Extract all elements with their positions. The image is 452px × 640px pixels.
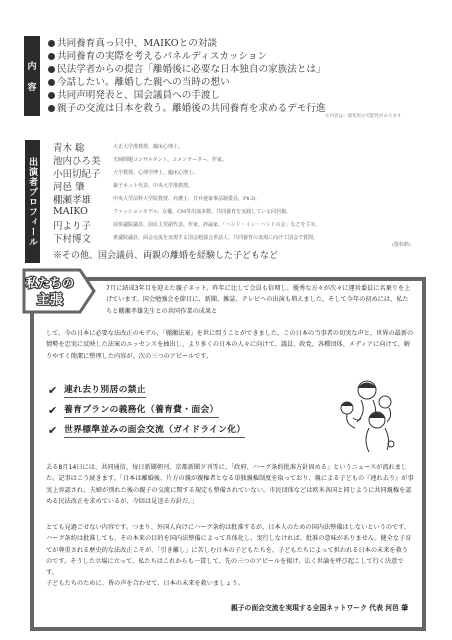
label-char: 内 [27,59,36,72]
profile-row: 河邑 肇親子ネット代表、中央大学准教授。 [53,179,321,192]
appeal-item: ✔養育プランの義務化（養育費・面会） [48,400,245,420]
profile-name: 円より子 [53,218,113,232]
profile-desc: 大学教授、心理学博士、臨床心理士。 [113,169,198,176]
profile-list: 青木 聡大正大学准教授、臨床心理士。 池内ひろ美夫婦問題コンサルタント、コメンテ… [53,140,321,244]
content-item-text: 親子の交流は日本を救う。離婚後の共同養育を求めるデモ行進 [57,103,326,114]
profile-desc: 大正大学准教授、臨床心理士。 [113,143,183,150]
opinion-title-line2: 主張 [37,292,63,308]
profile-desc: 夫婦問題コンサルタント、コメンテーター、作家。 [113,156,227,163]
bullet-icon [48,66,55,73]
signature: 親子の面会交流を実現する全国ネットワーク 代表 河邑 肇 [231,602,408,612]
appeal-text: 連れ去り別居の禁止 [64,382,146,398]
content-list: 共同養育真っ只中、MAIKOとの対談 共同養育の実際を考えるパネルディスカッショ… [48,37,326,115]
content-item-text: 共同養育の実際を考えるパネルディスカッション [57,51,267,62]
profile-row: 青木 聡大正大学准教授、臨床心理士。 [53,140,321,153]
family-illustration [333,378,401,454]
content-item: 共同養育の実際を考えるパネルディスカッション [48,50,326,63]
content-item-text: 共同養育真っ只中、MAIKOとの対談 [57,38,217,49]
check-icon: ✔ [48,424,64,437]
appeal-list: ✔連れ去り別居の禁止 ✔養育プランの義務化（養育費・面会） ✔世界標準並みの面会… [48,380,245,440]
profile-name: 青木 聡 [53,140,113,154]
closing-call: 子どもたちのために、皆の声を合わせて、日本の未来を救いましょう。 [46,578,414,589]
profile-desc: 親子ネット代表、中央大学准教授。 [113,182,193,189]
label-char: 容 [27,80,36,93]
appeal-item: ✔連れ去り別居の禁止 [48,380,245,400]
profile-others-note: ※その他、国会議員、両親の離婚を経験した子どもなど [53,248,278,261]
content-item-text: 共同声明発表と、国会議員への手渡し [57,90,220,101]
content-item: 今話したい。離婚した親への当時の想い [48,76,326,89]
content-change-note: ※内容は一部変更の可能性があります [325,113,402,119]
content-item: 親子の交流は日本を救う。離婚後の共同養育を求めるデモ行進 [48,102,326,115]
content-item: 共同声明発表と、国会議員への手渡し [48,89,326,102]
profile-name: MAIKO [53,206,113,217]
profile-desc: ファッションモデル、女優。CM等出演多数。共同養育を実践している同居親。 [113,208,291,215]
bullet-icon [48,92,55,99]
opinion-title-badge: 私たちの 主張 [22,268,96,314]
closing-paragraph: とても見過ごせない内容です。つまり、外国人向けにハーグ条約は批准するが、日本人の… [46,522,414,590]
bullet-icon [48,40,55,47]
honorifics-omitted-note: (敬称略) [392,241,411,248]
profile-name: 池内ひろ美 [53,153,113,167]
appeal-text: 養育プランの義務化（養育費・面会） [64,402,219,418]
opinion-title-line1: 私たちの [26,275,74,290]
profile-desc: 衆議院議員、面会交流を実現する国会勉強会世話人、共同養育の実現に向けて国会で質問… [113,234,318,241]
profile-row: 下村博文衆議院議員、面会交流を実現する国会勉強会世話人、共同養育の実現に向けて国… [53,231,321,244]
profile-row: MAIKOファッションモデル、女優。CM等出演多数。共同養育を実践している同居親… [53,205,321,218]
content-item: 共同養育真っ只中、MAIKOとの対談 [48,37,326,50]
check-icon: ✔ [48,404,64,417]
profile-row: 池内ひろ美夫婦問題コンサルタント、コメンテーター、作家。 [53,153,321,166]
closing-text: とても見過ごせない内容です。つまり、外国人向けにハーグ条約は批准するが、日本人の… [46,522,414,578]
bullet-icon [48,53,55,60]
appeal-text: 世界標準並みの面会交流（ガイドライン化） [64,422,245,438]
appeal-item: ✔世界標準並みの面会交流（ガイドライン化） [48,420,245,440]
profile-name: 小田切紀子 [53,166,113,180]
content-item-text: 民法学者からの提言「離婚後に必要な日本独自の家族法とは」 [57,64,326,75]
content-section-label: 内 容 [24,36,40,116]
profile-row: 小田切紀子大学教授、心理学博士、臨床心理士。 [53,166,321,179]
lead-paragraph-continued: して、今の日本に必要な法改正のモデル、「棚瀬法案」を世に問うことができました。こ… [46,328,414,362]
profile-desc: 前参議院議員、前民主党副代表、作家、評論家。「ハンド・イン・ハンドの会」などを主… [113,221,321,228]
content-item-text: 今話したい。離婚した親への当時の想い [57,77,230,88]
content-item: 民法学者からの提言「離婚後に必要な日本独自の家族法とは」 [48,63,326,76]
profile-name: 棚瀬孝雄 [53,192,113,206]
profile-row: 棚瀬孝雄中央大学法科大学院教授、弁護士、日弁連家事法制委員、Ph.D。 [53,192,321,205]
check-icon: ✔ [48,384,64,397]
bullet-icon [48,79,55,86]
news-paragraph: 去る8月14日には、共同通信、毎日新聞朝刊、京都新聞夕刊等に、「政府、ハーグ条約… [46,462,414,507]
lead-paragraph: 7月に結成3年目を迎えた親子ネット。昨年に比して会員も倍増し、優秀な方々が次々に… [106,283,413,317]
bullet-icon [48,105,55,112]
profile-name: 河邑 肇 [53,179,113,193]
profile-section-label: 出演者プロフィール [25,140,40,263]
profile-row: 円より子前参議院議員、前民主党副代表、作家、評論家。「ハンド・イン・ハンドの会」… [53,218,321,231]
profile-desc: 中央大学法科大学院教授、弁護士、日弁連家事法制委員、Ph.D。 [113,195,260,202]
profile-name: 下村博文 [53,231,113,245]
